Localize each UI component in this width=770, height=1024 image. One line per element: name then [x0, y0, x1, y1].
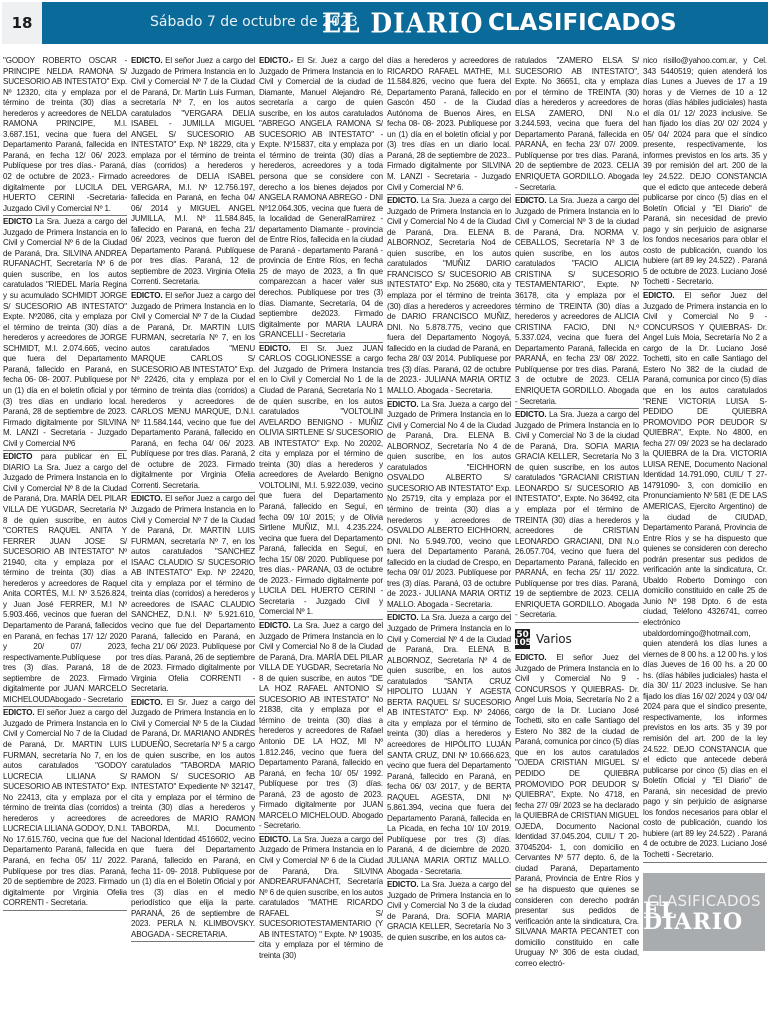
edicto-label: EDICTO: [3, 452, 32, 461]
notice-text: para publicar en EL DIARIO La Sra. Juez …: [3, 452, 127, 704]
notice-text: La Sra. Jueza a cargo del Juzgado de Pri…: [387, 400, 511, 609]
legal-notice: EDICTO. La Sra. Jueza a cargo del Juzgad…: [387, 196, 511, 398]
legal-notice: EDICTO. El señor Juez a cargo del Juzgad…: [131, 56, 255, 290]
legal-notice: "GODOY ROBERTO OSCAR - PRINCIPE NELDA RA…: [3, 56, 127, 216]
legal-notice: EDICTO. La Sra. Jueza a cargo del Juzgad…: [387, 400, 511, 613]
legal-notice: EDICTO. La Sra. Juez a cargo del Juzgado…: [259, 621, 383, 834]
legal-notice: EDICTO La Sra. Jueza a cargo del Juzgado…: [3, 217, 127, 451]
column-6: nico risillo@yahoo.com.ar, y Cel. 343 54…: [643, 56, 767, 1022]
legal-notice: EDICTO. La Sra. Jueza a cargo del Juzgad…: [387, 613, 511, 879]
edicto-label: EDICTO.: [259, 344, 290, 353]
legal-notice: EDICTO. La Sra. Jueza a cargo del Juzgad…: [515, 410, 639, 623]
notice-text: La Sra. Jueza a cargo del Juzgado de Pri…: [3, 217, 127, 447]
legal-notice: EDICTO.- El Sr. Juez a cargo del Juzgado…: [259, 56, 383, 343]
edicto-label: EDICTO.: [259, 621, 290, 630]
edicto-label: EDICTO.: [515, 410, 546, 419]
edicto-label: EDICTO.: [515, 653, 546, 662]
edicto-label: EDICTO.: [131, 494, 162, 503]
category-code-badge: 50 105: [515, 629, 530, 649]
column-1: "GODOY ROBERTO OSCAR - PRINCIPE NELDA RA…: [3, 56, 127, 1022]
column-3: EDICTO.- El Sr. Juez a cargo del Juzgado…: [259, 56, 383, 1022]
edicto-label: EDICTO.-: [259, 56, 293, 65]
edicto-label: EDICTO.: [131, 698, 162, 707]
legal-notice: días a herederos y acreedores de RICARDO…: [387, 56, 511, 195]
edicto-label: EDICTO.: [387, 880, 418, 889]
notice-text: nico risillo@yahoo.com.ar, y Cel. 343 54…: [643, 56, 767, 286]
legal-notice: EDICTO para publicar en EL DIARIO La Sra…: [3, 452, 127, 707]
edicto-label: EDICTO.: [131, 56, 162, 65]
edicto-label: EDICTO.: [3, 708, 34, 717]
legal-notice: ratulados "ZAMERO ELSA S/ SUCESORIO AB I…: [515, 56, 639, 195]
page-number: 18: [2, 2, 42, 44]
notice-text: La Sra. Jueza a cargo del Juzgado de Pri…: [259, 835, 383, 960]
legal-notice: nico risillo@yahoo.com.ar, y Cel. 343 54…: [643, 56, 767, 290]
category-header-varios: 50 105 Varios: [515, 629, 639, 649]
legal-notice: EDICTO. El señor Juez a cargo del Juzgad…: [3, 708, 127, 910]
notice-text: días a herederos y acreedores de RICARDO…: [387, 56, 511, 192]
edicto-label: EDICTO.: [515, 196, 546, 205]
notice-text: La Sra. Jueza a cargo del Juzgado de Pri…: [515, 196, 639, 405]
column-2: EDICTO. El señor Juez a cargo del Juzgad…: [131, 56, 255, 1022]
column-4: días a herederos y acreedores de RICARDO…: [387, 56, 511, 1022]
notice-text: "GODOY ROBERTO OSCAR - PRINCIPE NELDA RA…: [3, 56, 127, 213]
notice-text: La Sra. Jueza a cargo del Juzgado de Pri…: [387, 880, 511, 942]
notice-text: El señor Juez del Juzgado de Primera ins…: [643, 291, 767, 859]
edicto-label: EDICTO.: [259, 835, 290, 844]
notice-text: El Sr. Juez a cargo del Juzgado de Prime…: [131, 698, 255, 939]
notice-text: El señor Juez del Juzgado de Primera Ins…: [515, 653, 639, 968]
clasificados-promo-box: CLASIFICADOS EL DIARIO: [643, 873, 765, 951]
promo-logo: EL DIARIO: [643, 906, 765, 927]
notice-text: La Sra. Juez a cargo del Juzgado de Prim…: [259, 621, 383, 830]
legal-notice: EDICTO. El Sr. Juez JUAN CARLOS COGLIONE…: [259, 344, 383, 620]
edicto-label: EDICTO.: [387, 400, 418, 409]
notice-text: El señor Juez a cargo del Juzgado de Pri…: [131, 291, 255, 490]
legal-notice: EDICTO. El señor Juez a cargo del Juzgad…: [131, 291, 255, 493]
notice-text: ratulados "ZAMERO ELSA S/ SUCESORIO AB I…: [515, 56, 639, 192]
edicto-label: EDICTO.: [643, 291, 674, 300]
notice-text: El señor Juez a cargo del Juzgado de Pri…: [131, 56, 255, 286]
edicto-label: EDICTO.: [387, 613, 418, 622]
legal-notice: EDICTO. El señor Juez del Juzgado de Pri…: [643, 291, 767, 863]
classifieds-columns: "GODOY ROBERTO OSCAR - PRINCIPE NELDA RA…: [3, 56, 767, 1022]
category-label: Varios: [536, 634, 572, 645]
notice-text: La Sra. Jueza a cargo del Juzgado de Pri…: [387, 613, 511, 875]
notice-text: El señor Juez a cargo del Juzgado de Pri…: [3, 708, 127, 907]
notice-text: El Sr. Juez a cargo del Juzgado de Prime…: [259, 56, 383, 339]
legal-notice: EDICTO. La Sra. Jueza a cargo del Juzgad…: [515, 196, 639, 409]
notice-text: La Sra. Jueza a cargo del Juzgado de Pri…: [387, 196, 511, 395]
legal-notice: EDICTO. El señor Juez a cargo del Juzgad…: [131, 494, 255, 696]
edicto-label: EDICTO.: [387, 196, 418, 205]
column-5: ratulados "ZAMERO ELSA S/ SUCESORIO AB I…: [515, 56, 639, 1022]
legal-notice: EDICTO. La Sra. Jueza a cargo del Juzgad…: [387, 880, 511, 944]
legal-notice: EDICTO. El señor Juez del Juzgado de Pri…: [515, 653, 639, 970]
notice-text: El Sr. Juez JUAN CARLOS COGLIONESSE a ca…: [259, 344, 383, 617]
notice-text: La Sra. Jueza a cargo del Juzgado de Pri…: [515, 410, 639, 619]
edicto-label: EDICTO: [3, 217, 32, 226]
header-band: Sábado 7 de octubre de 2023 EL DIARIO CL…: [42, 2, 768, 44]
legal-notice: EDICTO. El Sr. Juez a cargo del Juzgado …: [131, 698, 255, 943]
notice-text: El señor Juez a cargo del Juzgado de Pri…: [131, 494, 255, 693]
page-header: 18 Sábado 7 de octubre de 2023 EL DIARIO…: [0, 0, 770, 46]
newspaper-logo: EL DIARIO: [322, 8, 483, 39]
edicto-label: EDICTO.: [131, 291, 162, 300]
legal-notice: EDICTO. La Sra. Jueza a cargo del Juzgad…: [259, 835, 383, 963]
section-title: CLASIFICADOS: [488, 10, 677, 36]
